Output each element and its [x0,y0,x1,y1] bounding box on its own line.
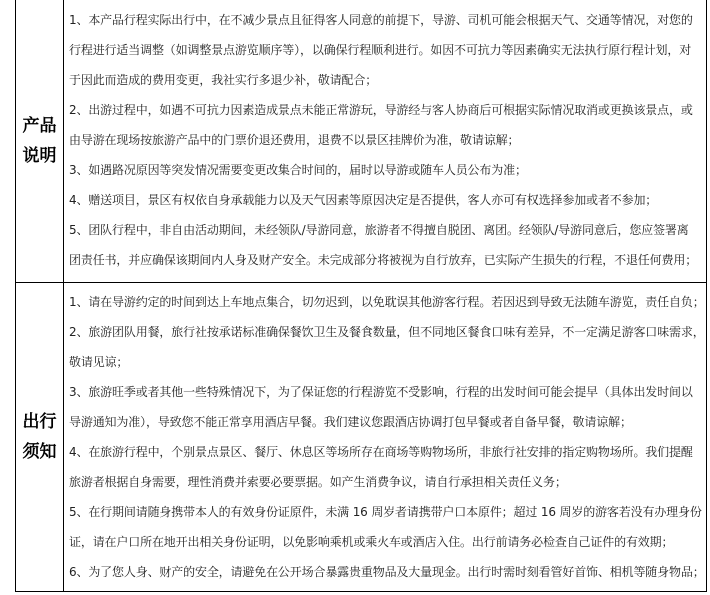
text-line: 5、在行期间请随身携带本人的有效身份证原件，未满 16 周岁者请携带户口本原件；… [69,497,706,527]
product-info-table: 产品 说明 1、本产品行程实际出行中，在不减少景点且征得客人同意的前提下，导游、… [15,0,707,592]
text-line: 4、赠送项目，景区有权依自身承载能力以及天气因素等原因决定是否提供，客人亦可有权… [69,185,706,215]
text-line: 团责任书，并应确保该期间内人身及财产安全。未完成部分将被视为自行放弃，已实际产生… [69,245,706,275]
text-line: 1、请在导游约定的时间到达上车地点集合，切勿迟到，以免耽误其他游客行程。若因迟到… [69,287,706,317]
text-line: 5、团队行程中，非自由活动期间，未经领队/导游同意，旅游者不得擅自脱团、离团。经… [69,215,706,245]
text-line: 敬请见谅； [69,347,706,377]
text-line: 导游通知为准），导致您不能正常享用酒店早餐。我们建议您跟酒店协调打包早餐或者自备… [69,407,706,437]
text-line: 3、旅游旺季或者其他一些特殊情况下，为了保证您的行程游览不受影响，行程的出发时间… [69,377,706,407]
text-line: 旅游者根据自身需要，理性消费并索要必要票据。如产生消费争议，请自行承担相关责任义… [69,467,706,497]
text-line: 由导游在现场按旅游产品中的门票价退还费用，退费不以景区挂牌价为准，敬请谅解； [69,125,706,155]
section-label-line: 出行 [16,407,63,437]
section-label-line: 说明 [16,141,63,171]
text-line: 于因此而造成的费用变更，我社实行多退少补，敬请配合； [69,65,706,95]
section-content: 1、本产品行程实际出行中，在不减少景点且征得客人同意的前提下，导游、司机可能会根… [64,0,707,283]
text-line: 2、出游过程中，如遇不可抗力因素造成景点未能正常游玩，导游经与客人协商后可根据实… [69,95,706,125]
section-label: 产品 说明 [16,0,64,283]
text-line: 证，请在户口所在地开出相关身份证明，以免影响乘机或乘火车或酒店入住。出行前请务必… [69,527,706,557]
text-line: 6、为了您人身、财产的安全，请避免在公开场合暴露贵重物品及大量现金。出行时需时刻… [69,557,706,587]
text-line: 4、在旅游行程中，个别景点景区、餐厅、休息区等场所存在商场等购物场所，非旅行社安… [69,437,706,467]
section-label-line: 须知 [16,437,63,467]
section-content: 1、请在导游约定的时间到达上车地点集合，切勿迟到，以免耽误其他游客行程。若因迟到… [64,283,707,592]
text-line: 2、旅游团队用餐，旅行社按承诺标准确保餐饮卫生及餐食数量，但不同地区餐食口味有差… [69,317,706,347]
section-label: 出行 须知 [16,283,64,592]
section-label-line: 产品 [16,111,63,141]
text-line: 行程进行适当调整（如调整景点游览顺序等），以确保行程顺利进行。如因不可抗力等因素… [69,35,706,65]
section-product-description: 产品 说明 1、本产品行程实际出行中，在不减少景点且征得客人同意的前提下，导游、… [16,0,707,283]
text-line: 3、如遇路况原因等突发情况需要变更改集合时间的，届时以导游或随车人员公布为准； [69,155,706,185]
section-travel-notes: 出行 须知 1、请在导游约定的时间到达上车地点集合，切勿迟到，以免耽误其他游客行… [16,283,707,592]
text-line: 1、本产品行程实际出行中，在不减少景点且征得客人同意的前提下，导游、司机可能会根… [69,5,706,35]
